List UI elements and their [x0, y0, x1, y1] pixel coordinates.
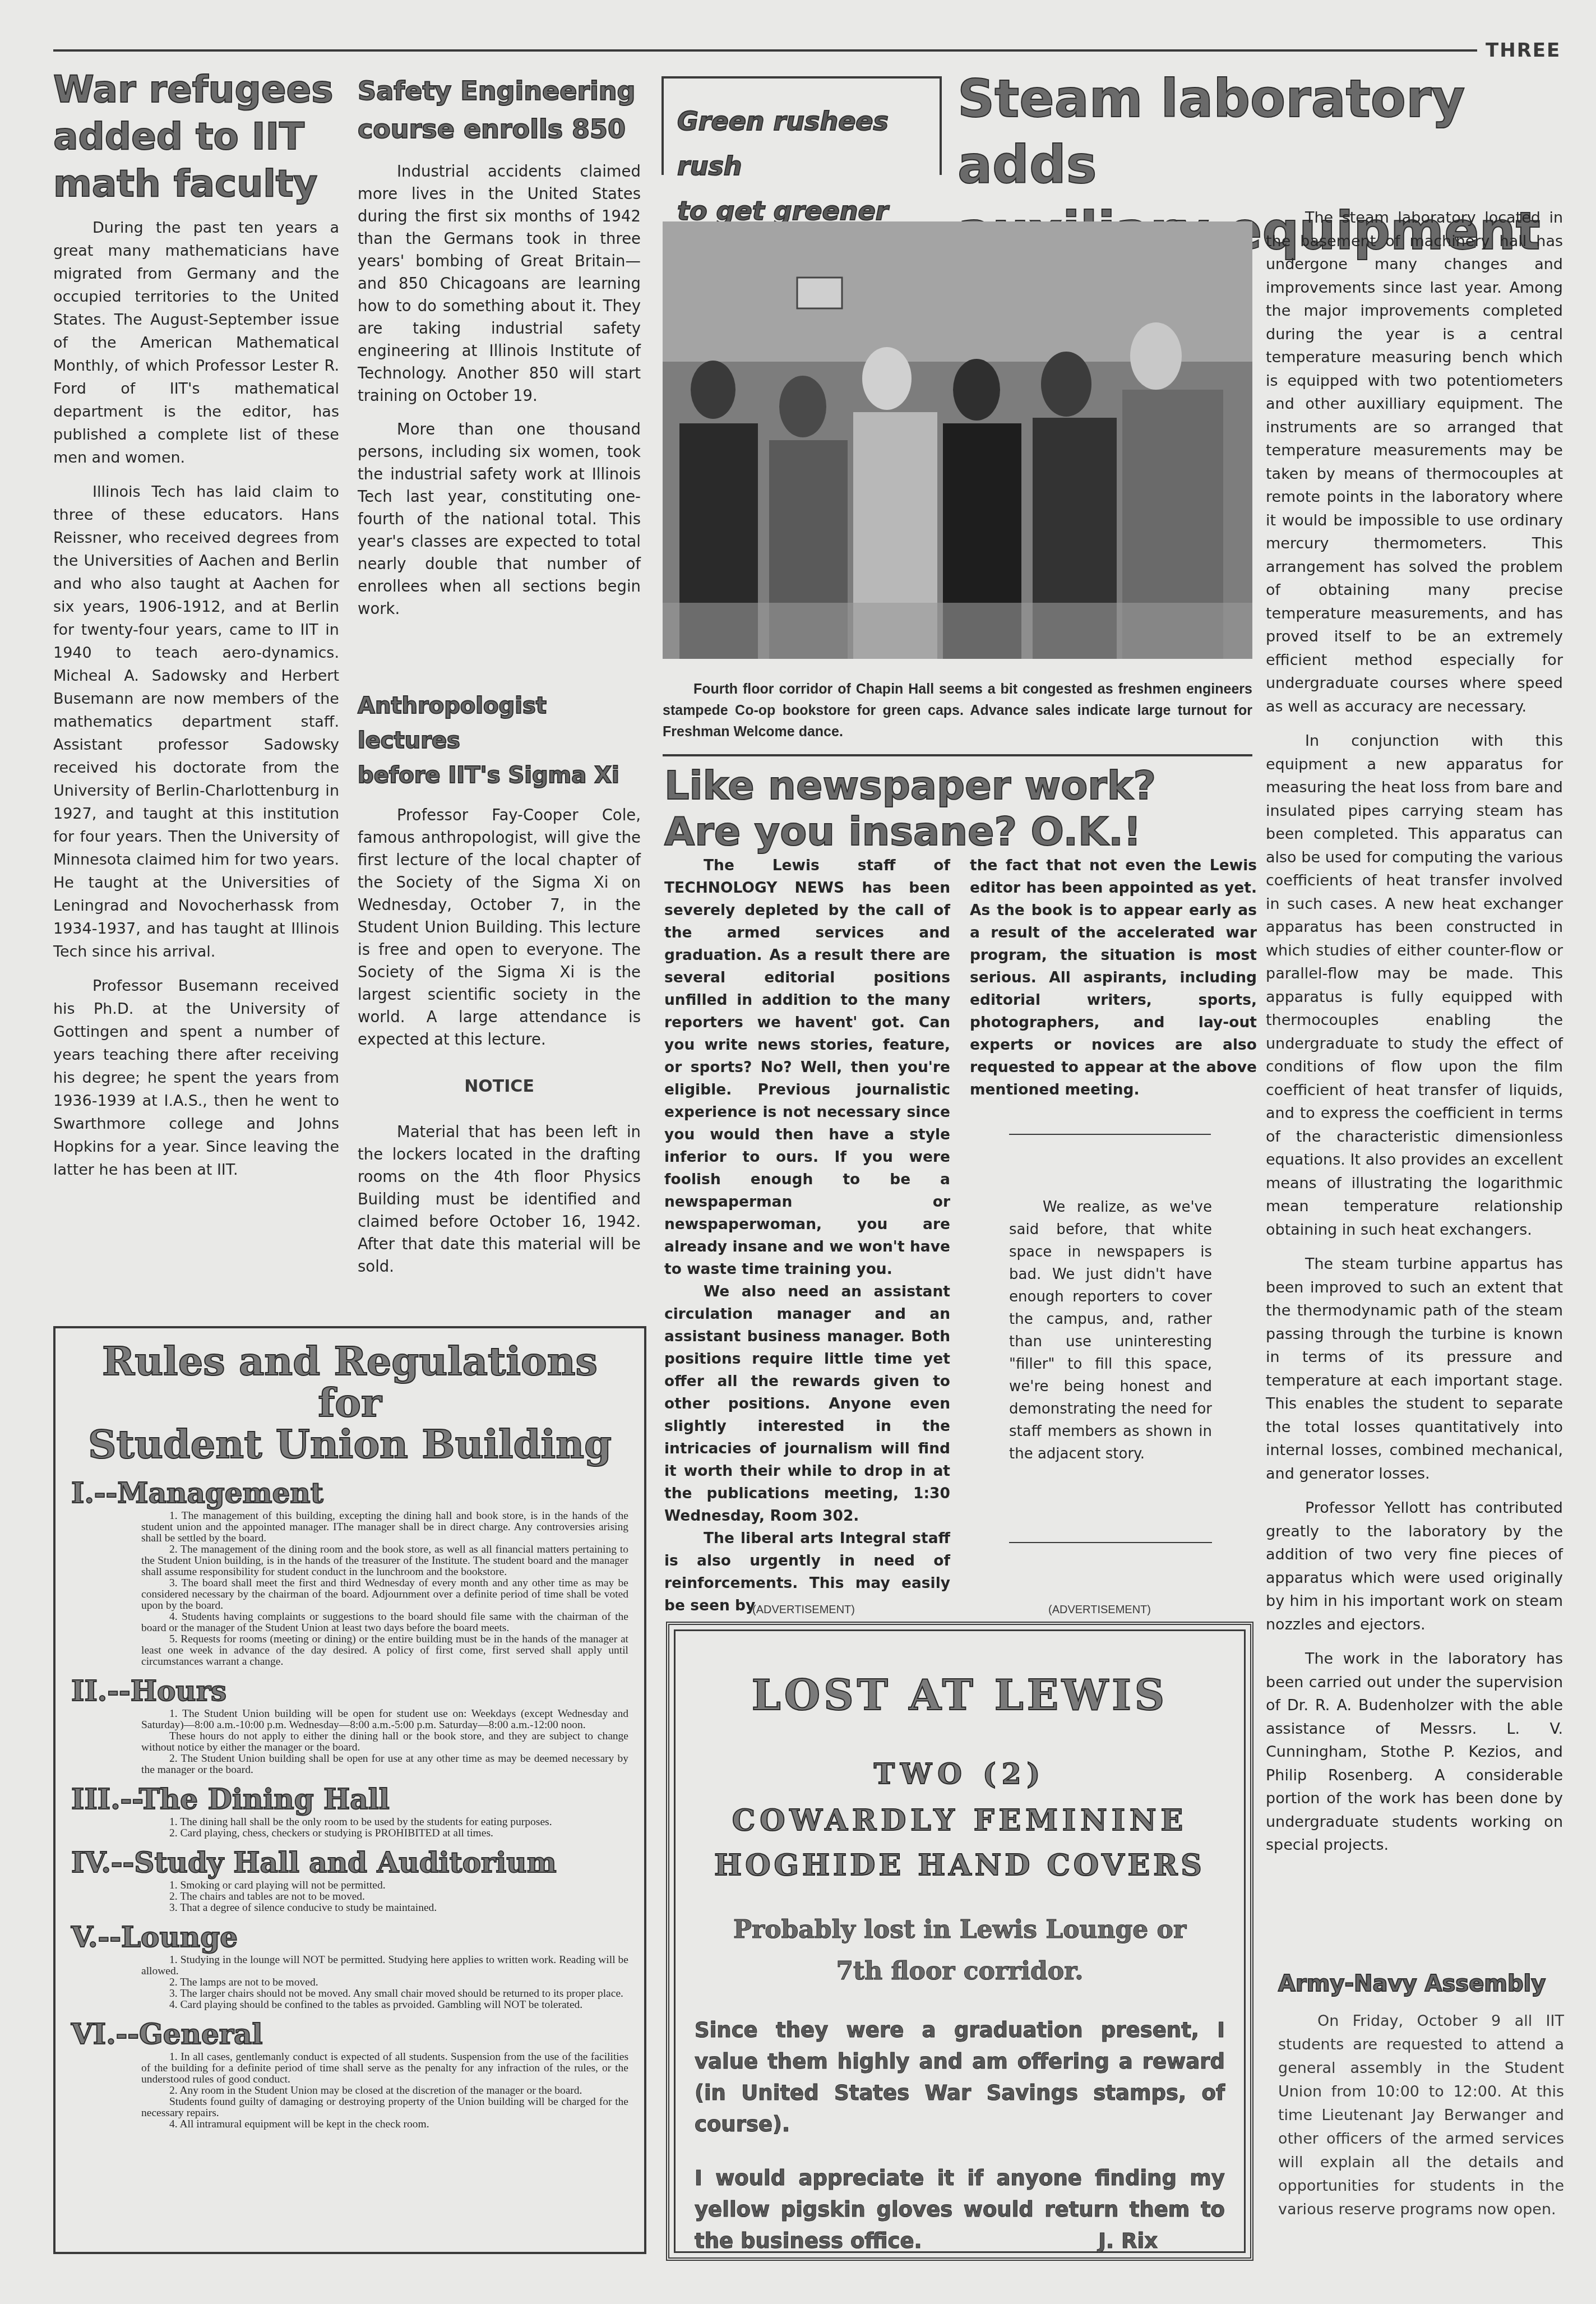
headline-anthropologist: Anthropologist lectures before IIT's Sig…	[358, 689, 641, 793]
freshmen-corridor-photo	[663, 221, 1252, 659]
rules-section-hours: II.--Hours 1. The Student Union building…	[71, 1675, 628, 1776]
ad-title: LOST AT LEWIS	[695, 1670, 1225, 1721]
ad-line-cowardly: COWARDLY FEMININE	[695, 1799, 1225, 1842]
ad-line-two: TWO (2)	[695, 1754, 1225, 1794]
rules-section-management: I.--Management 1. The management of this…	[71, 1477, 628, 1668]
rules-regulations-box: Rules and Regulations for Student Union …	[53, 1326, 646, 2254]
rules-title: Rules and Regulations for Student Union …	[71, 1341, 628, 1465]
headline-war-refugees: War refugees added to IIT math faculty	[53, 66, 339, 207]
green-rushees-headline-box: Green rushees rush to get greener	[661, 76, 942, 175]
headline-green-rushees: Green rushees rush to get greener	[677, 99, 940, 233]
lost-at-lewis-ad: LOST AT LEWIS TWO (2) COWARDLY FEMININE …	[666, 1622, 1253, 2261]
rules-section-lounge: V.--Lounge 1. Studying in the lounge wil…	[71, 1922, 628, 2011]
article-safety-engineering: Safety Engineering course enrolls 850 In…	[358, 72, 641, 631]
ad-body-return: I would appreciate it if anyone finding …	[695, 2163, 1225, 2257]
ad-location: Probably lost in Lewis Lounge or 7th flo…	[695, 1909, 1225, 1992]
rules-section-dining-hall: III.--The Dining Hall 1. The dining hall…	[71, 1784, 628, 1839]
headline-army-navy: Army-Navy Assembly	[1278, 1968, 1564, 2000]
article-body: On Friday, October 9 all IIT students ar…	[1278, 2010, 1564, 2222]
article-notice: NOTICE Material that has been left in th…	[358, 1077, 641, 1289]
filler-rule-bottom	[1009, 1542, 1212, 1543]
photo-crowd-illustration	[663, 221, 1252, 659]
ad-body-reward: Since they were a graduation present, I …	[695, 2015, 1225, 2140]
ad-inner-frame: LOST AT LEWIS TWO (2) COWARDLY FEMININE …	[674, 1629, 1246, 2253]
article-war-refugees: War refugees added to IIT math faculty D…	[53, 66, 339, 1193]
article-army-navy: Army-Navy Assembly On Friday, October 9 …	[1278, 1968, 1564, 2233]
section-divider	[663, 754, 1252, 756]
filler-note: We realize, as we've said before, that w…	[1009, 1196, 1212, 1476]
ad-line-hoghide: HOGHIDE HAND COVERS	[695, 1844, 1225, 1887]
article-steam-lab-body: The steam laboratory located in the base…	[1266, 206, 1563, 1868]
ad-label-right: (ADVERTISEMENT)	[1048, 1604, 1151, 1617]
headline-newspaper-work: Like newspaper work? Are you insane? O.K…	[664, 763, 1259, 855]
newspaper-work-col2: the fact that not even the Lewis editor …	[970, 855, 1257, 1112]
ad-signature: J. Rix	[1098, 2225, 1158, 2257]
photo-caption: Fourth floor corridor of Chapin Hall see…	[663, 678, 1252, 742]
top-rule	[53, 49, 1477, 52]
article-anthropologist: Anthropologist lectures before IIT's Sig…	[358, 689, 641, 1062]
rules-section-study-hall: IV.--Study Hall and Auditorium 1. Smokin…	[71, 1847, 628, 1914]
newspaper-work-col1: The Lewis staff of TECHNOLOGY NEWS has b…	[664, 855, 950, 1617]
article-body: Professor Fay-Cooper Cole, famous anthro…	[358, 804, 641, 1051]
article-body: Industrial accidents claimed more lives …	[358, 160, 641, 620]
notice-body: Material that has been left in the locke…	[358, 1121, 641, 1278]
ad-label-left: (ADVERTISEMENT)	[752, 1604, 855, 1617]
article-body: During the past ten years a great many m…	[53, 216, 339, 1181]
headline-safety-engineering: Safety Engineering course enrolls 850	[358, 72, 641, 148]
rules-section-general: VI.--General 1. In all cases, gentlemanl…	[71, 2019, 628, 2130]
page-number: THREE	[1486, 39, 1561, 62]
filler-rule-top	[1009, 1134, 1211, 1135]
notice-title: NOTICE	[358, 1077, 641, 1096]
